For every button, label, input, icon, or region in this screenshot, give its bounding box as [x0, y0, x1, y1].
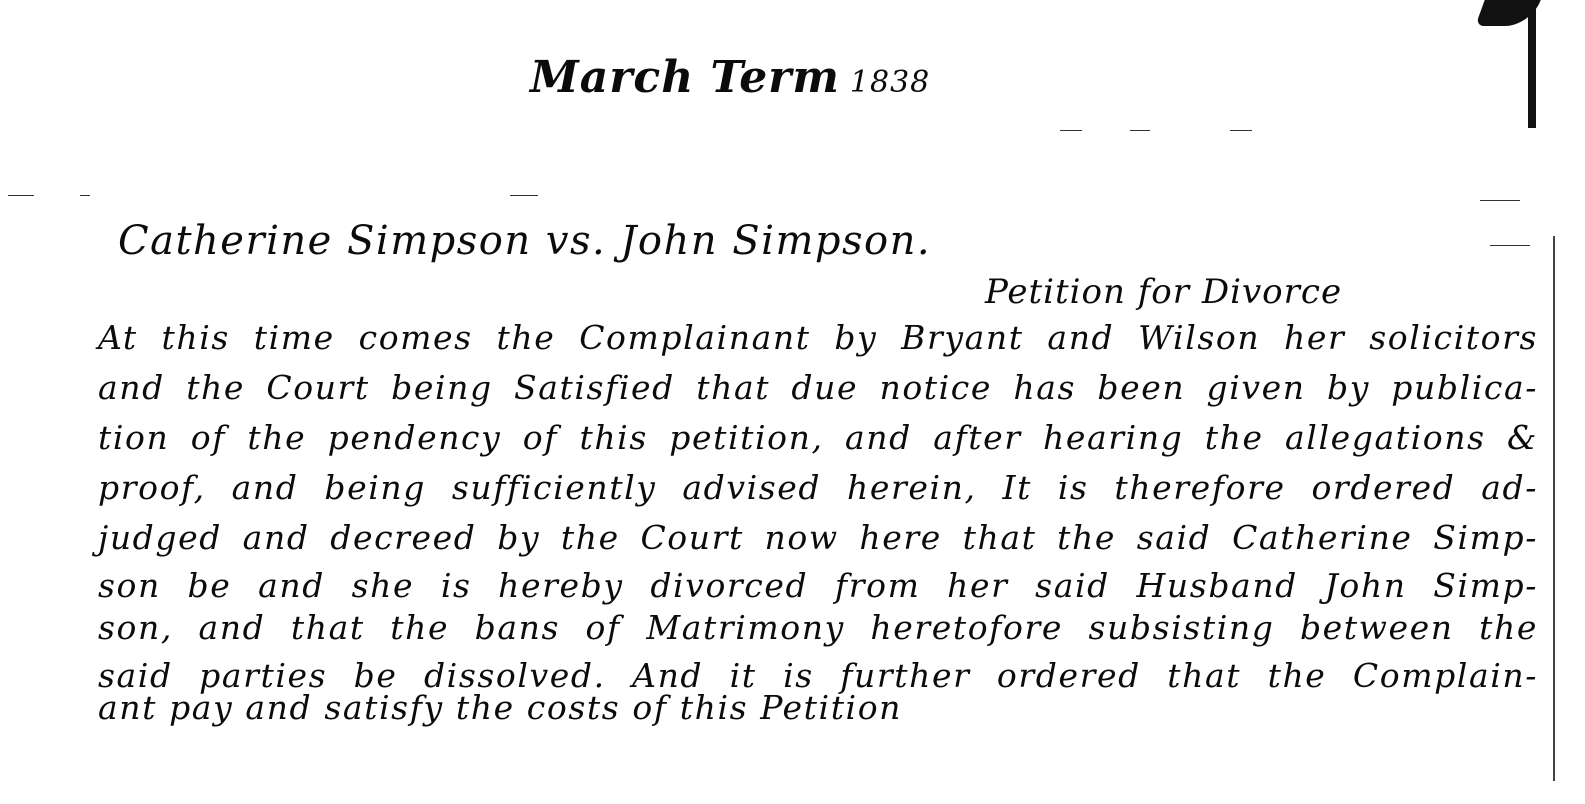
margin-rule [1553, 236, 1555, 781]
term-heading: March Term1838 [530, 52, 930, 103]
body-line: tion of the pendency of this petition, a… [98, 418, 1538, 457]
scan-speck [510, 195, 538, 196]
scan-speck [8, 195, 34, 196]
body-line: and the Court being Satisfied that due n… [98, 368, 1538, 407]
body-line: At this time comes the Complainant by Br… [98, 318, 1538, 357]
body-line-final: ant pay and satisfy the costs of this Pe… [98, 688, 902, 727]
body-line: judged and decreed by the Court now here… [98, 518, 1538, 557]
case-title: Catherine Simpson vs. John Simpson. [118, 218, 931, 264]
body-line: proof, and being sufficiently advised he… [98, 468, 1538, 507]
scan-speck [1130, 130, 1150, 131]
scan-speck [1060, 130, 1082, 131]
scan-speck [1230, 130, 1252, 131]
body-line: son, and that the bans of Matrimony here… [98, 608, 1538, 647]
scan-speck [1490, 245, 1530, 246]
case-subtitle: Petition for Divorce [985, 272, 1342, 312]
term-year: 1838 [850, 65, 930, 100]
term-label: March Term [530, 52, 840, 103]
scan-artifact-edge [1528, 0, 1536, 128]
scan-speck [1480, 200, 1520, 201]
scan-speck [80, 195, 90, 196]
document-page: March Term1838 Catherine Simpson vs. Joh… [0, 0, 1585, 804]
body-line: son be and she is hereby divorced from h… [98, 566, 1538, 605]
